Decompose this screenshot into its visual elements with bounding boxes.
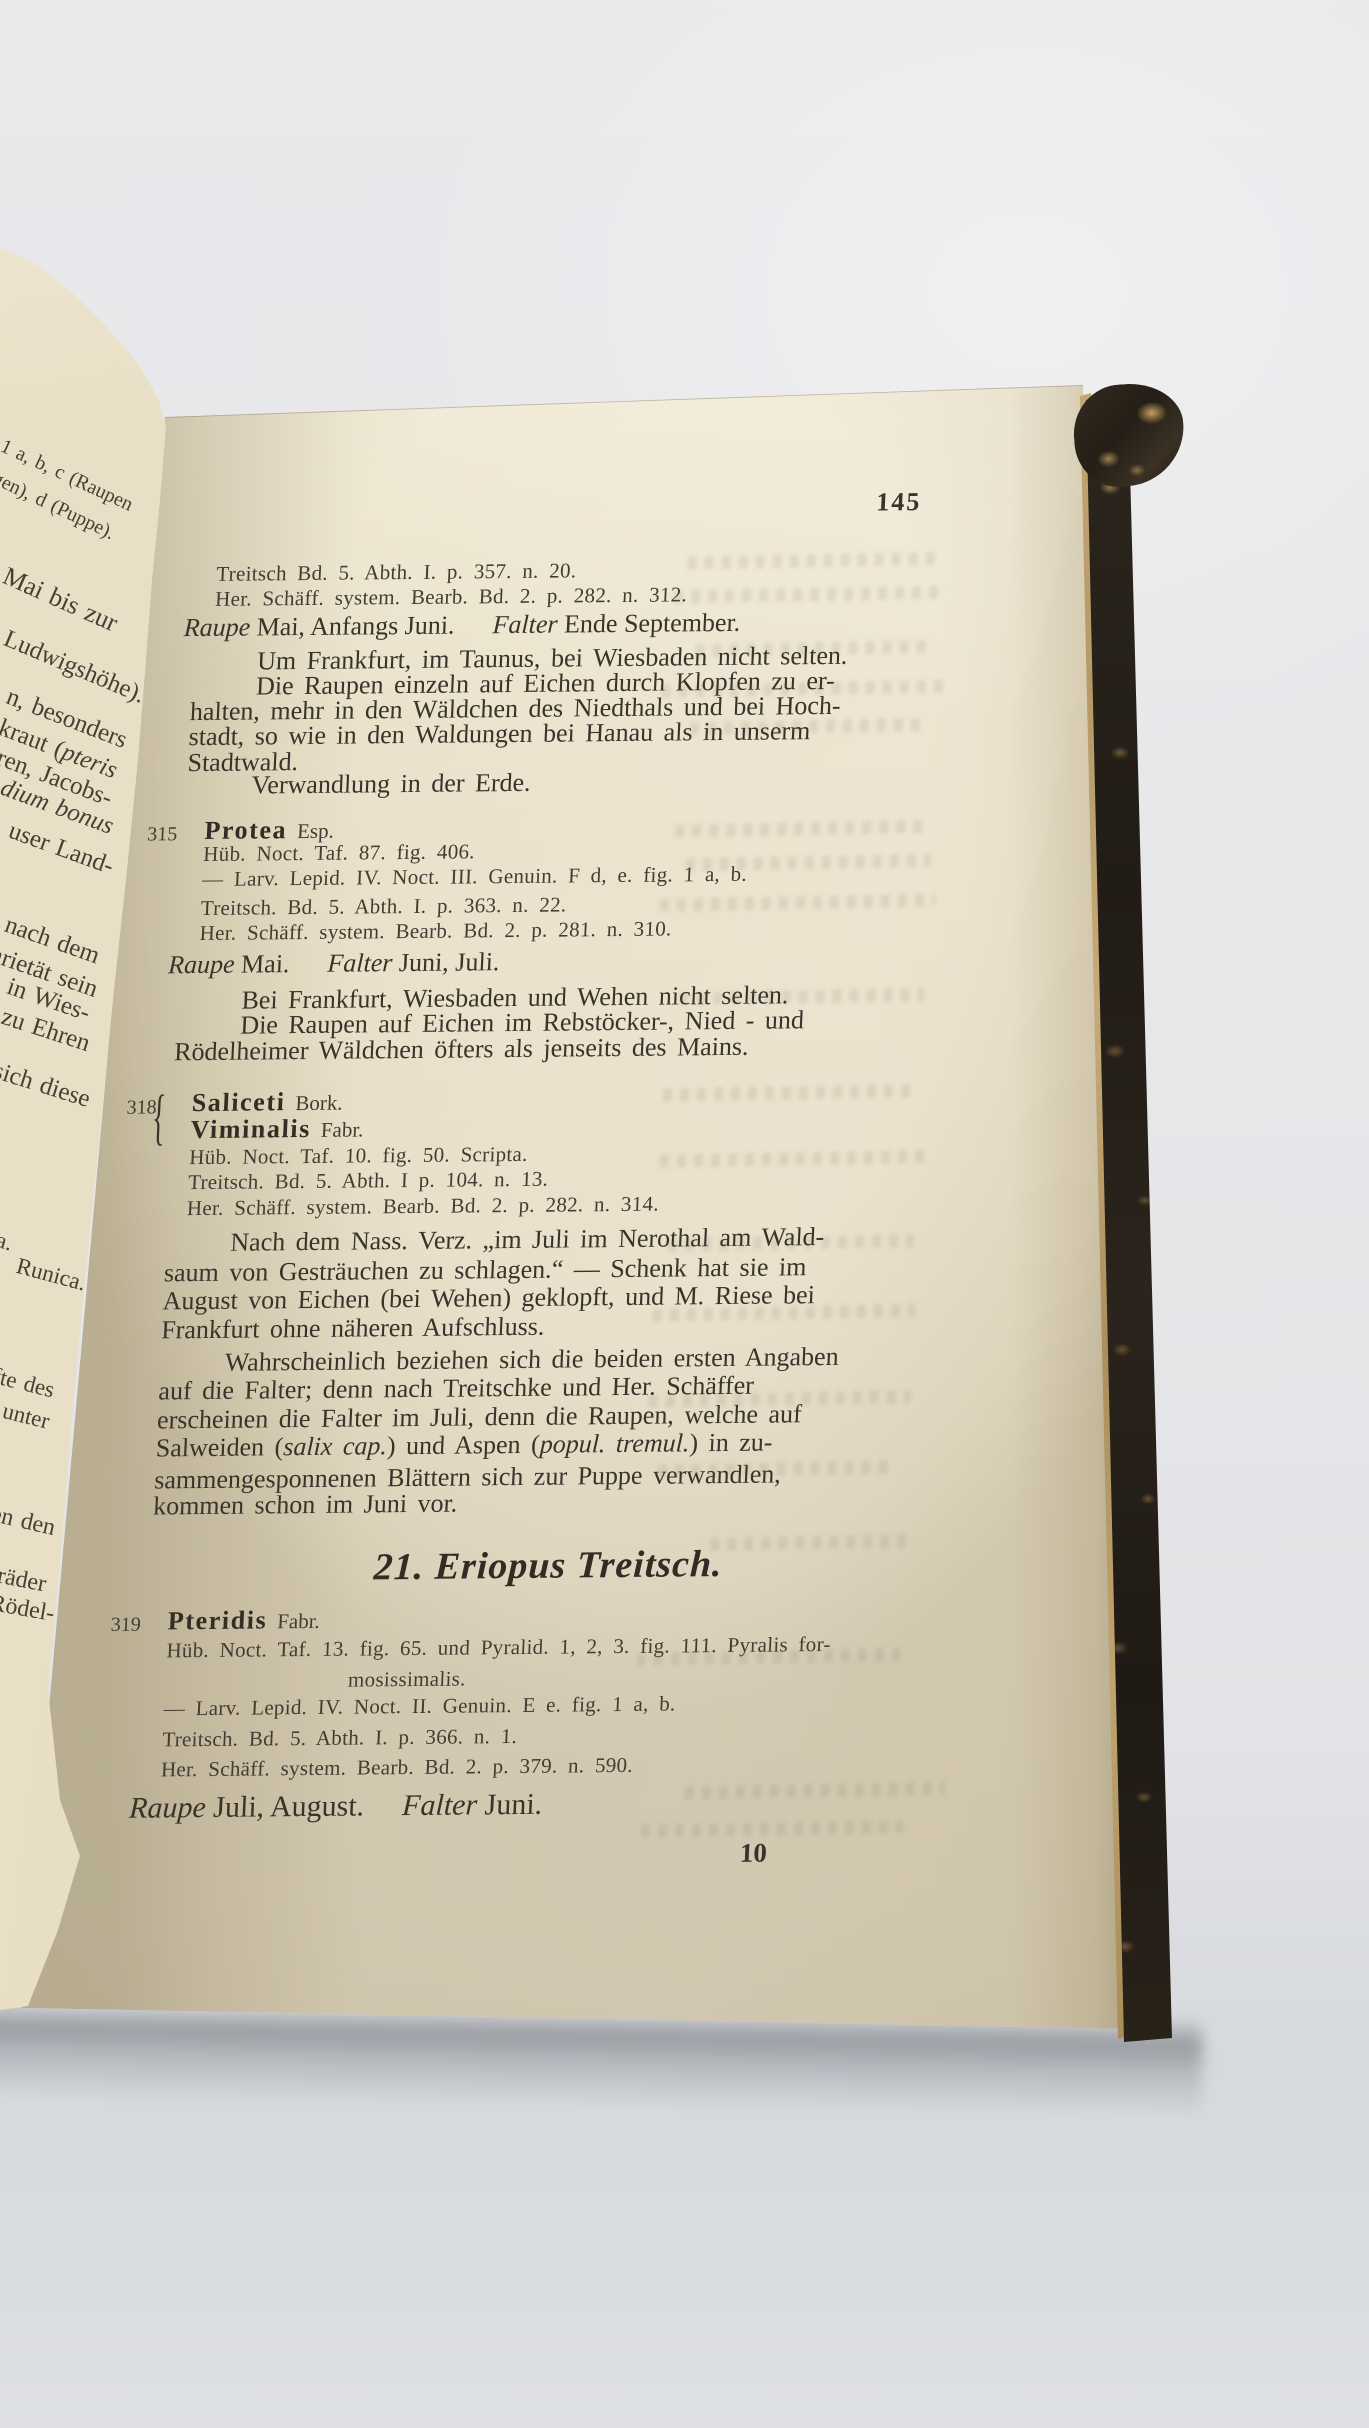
body-line: Verwandlung in der Erde. [251,770,531,799]
species-author: Esp. [297,819,335,843]
reference-line: Treitsch Bd. 5. Abth. I. p. 357. n. 20. [216,560,577,584]
latin-name: salix cap. [283,1431,388,1461]
species-name: Saliceti [191,1087,286,1117]
raupe-label: Raupe [183,613,251,643]
left-page-fragment: sich diese [0,1058,93,1112]
species-entry-header: ViminalisFabr. [190,1115,364,1143]
reference-line: Hüb. Noct. Taf. 10. fig. 50. Scripta. [189,1144,528,1168]
ghost-text [675,820,931,838]
body-line: sammengesponnenen Blättern sich zur Pupp… [154,1461,782,1493]
species-entry-header: 319PteridisFabr. [110,1607,320,1635]
falter-label: Falter [492,610,558,640]
body-text: Salweiden ( [155,1432,284,1462]
falter-value: Ende September. [563,608,741,639]
species-author: Fabr. [277,1609,321,1633]
raupe-label: Raupe [168,950,236,980]
left-page-fragment: en den [0,1502,58,1540]
body-line: Nach dem Nass. Verz. „im Juli im Nerotha… [230,1224,825,1256]
signature-mark: 10 [739,1840,767,1867]
reference-line: Hüb. Noct. Taf. 87. fig. 406. [203,841,476,865]
body-text: ) in zu- [689,1428,773,1458]
reference-line: Her. Schäff. system. Bearb. Bd. 2. p. 28… [186,1194,659,1220]
left-page-fragment: a. [0,1228,15,1255]
body-line: kommen schon im Juni vor. [153,1491,458,1520]
phenology-line: Raupe Juli, August.Falter Juni. [129,1790,543,1824]
raupe-label: Raupe [128,1791,206,1825]
reference-line: — Larv. Lepid. IV. Noct. III. Genuin. F … [202,864,748,890]
genus-heading: 21. Eriopus Treitsch. [149,1543,929,1588]
ghost-text [663,1084,919,1102]
ghost-text [684,1782,945,1800]
species-number: 319 [110,1615,141,1635]
raupe-value: Mai, Anfangs Juni. [256,611,455,642]
raupe-value: Juli, August. [213,1789,365,1823]
phenology-line: Raupe Mai, Anfangs Juni.Falter Ende Sept… [183,610,741,641]
phenology-line: Raupe Mai.Falter Juni, Juli. [168,949,500,978]
body-line: stadt, so wie in den Waldungen bei Hanau… [188,718,811,750]
ghost-text [641,1820,904,1838]
left-page-fragment: rräder [0,1562,48,1596]
falter-value: Juni, Juli. [398,947,500,977]
body-text: ) und Aspen ( [386,1430,540,1460]
latin-name: popul. tremul. [539,1428,690,1458]
left-page-fragment: fte des [0,1364,57,1401]
body-line: Rödelheimer Wäldchen öfters als jenseits… [174,1034,750,1066]
body-line: Frankfurt ohne näheren Aufschluss. [161,1314,545,1344]
left-page-fragment: Rödel- [0,1591,56,1626]
ghost-text [674,586,940,604]
ghost-text [687,552,938,570]
reference-line: Treitsch. Bd. 5. Abth. I. p. 363. n. 22. [200,894,567,919]
ghost-text [660,894,936,912]
body-line: August von Eichen (bei Wehen) geklopft, … [162,1282,815,1314]
species-number: 315 [147,824,178,844]
body-line: Salweiden (salix cap.) und Aspen (popul.… [155,1430,773,1462]
reference-line: Her. Schäff. system. Bearb. Bd. 2. p. 37… [161,1755,634,1781]
reference-line: mosissimalis. [348,1668,467,1690]
species-brace: { [151,1082,168,1153]
ghost-text [660,1150,926,1168]
reference-line: Treitsch. Bd. 5. Abth. I p. 104. n. 13. [188,1169,549,1193]
falter-label: Falter [401,1788,478,1822]
falter-value: Juni. [484,1788,543,1822]
species-entry-header: SalicetiBork. [191,1089,343,1116]
raupe-value: Mai. [241,949,291,978]
reference-line: Her. Schäff. system. Bearb. Bd. 2. p. 28… [199,918,672,944]
left-page-fragment: r Mai bis zur [0,556,122,637]
species-author: Bork. [295,1091,343,1115]
page-number: 145 [876,489,947,516]
species-author: Fabr. [320,1117,364,1141]
species-name: Pteridis [167,1605,268,1635]
reference-line: Treitsch. Bd. 5. Abth. I. p. 366. n. 1. [162,1726,518,1750]
left-page-fragment: Runica. [14,1254,88,1295]
reference-line: Her. Schäff. system. Bearb. Bd. 2. p. 28… [215,584,688,610]
falter-label: Falter [327,948,393,978]
reference-line: — Larv. Lepid. IV. Noct. II. Genuin. E e… [163,1693,676,1719]
species-name: Viminalis [190,1114,312,1144]
reference-line: Hüb. Noct. Taf. 13. fig. 65. und Pyralid… [166,1634,831,1661]
left-page-fragment: unter [0,1399,51,1433]
